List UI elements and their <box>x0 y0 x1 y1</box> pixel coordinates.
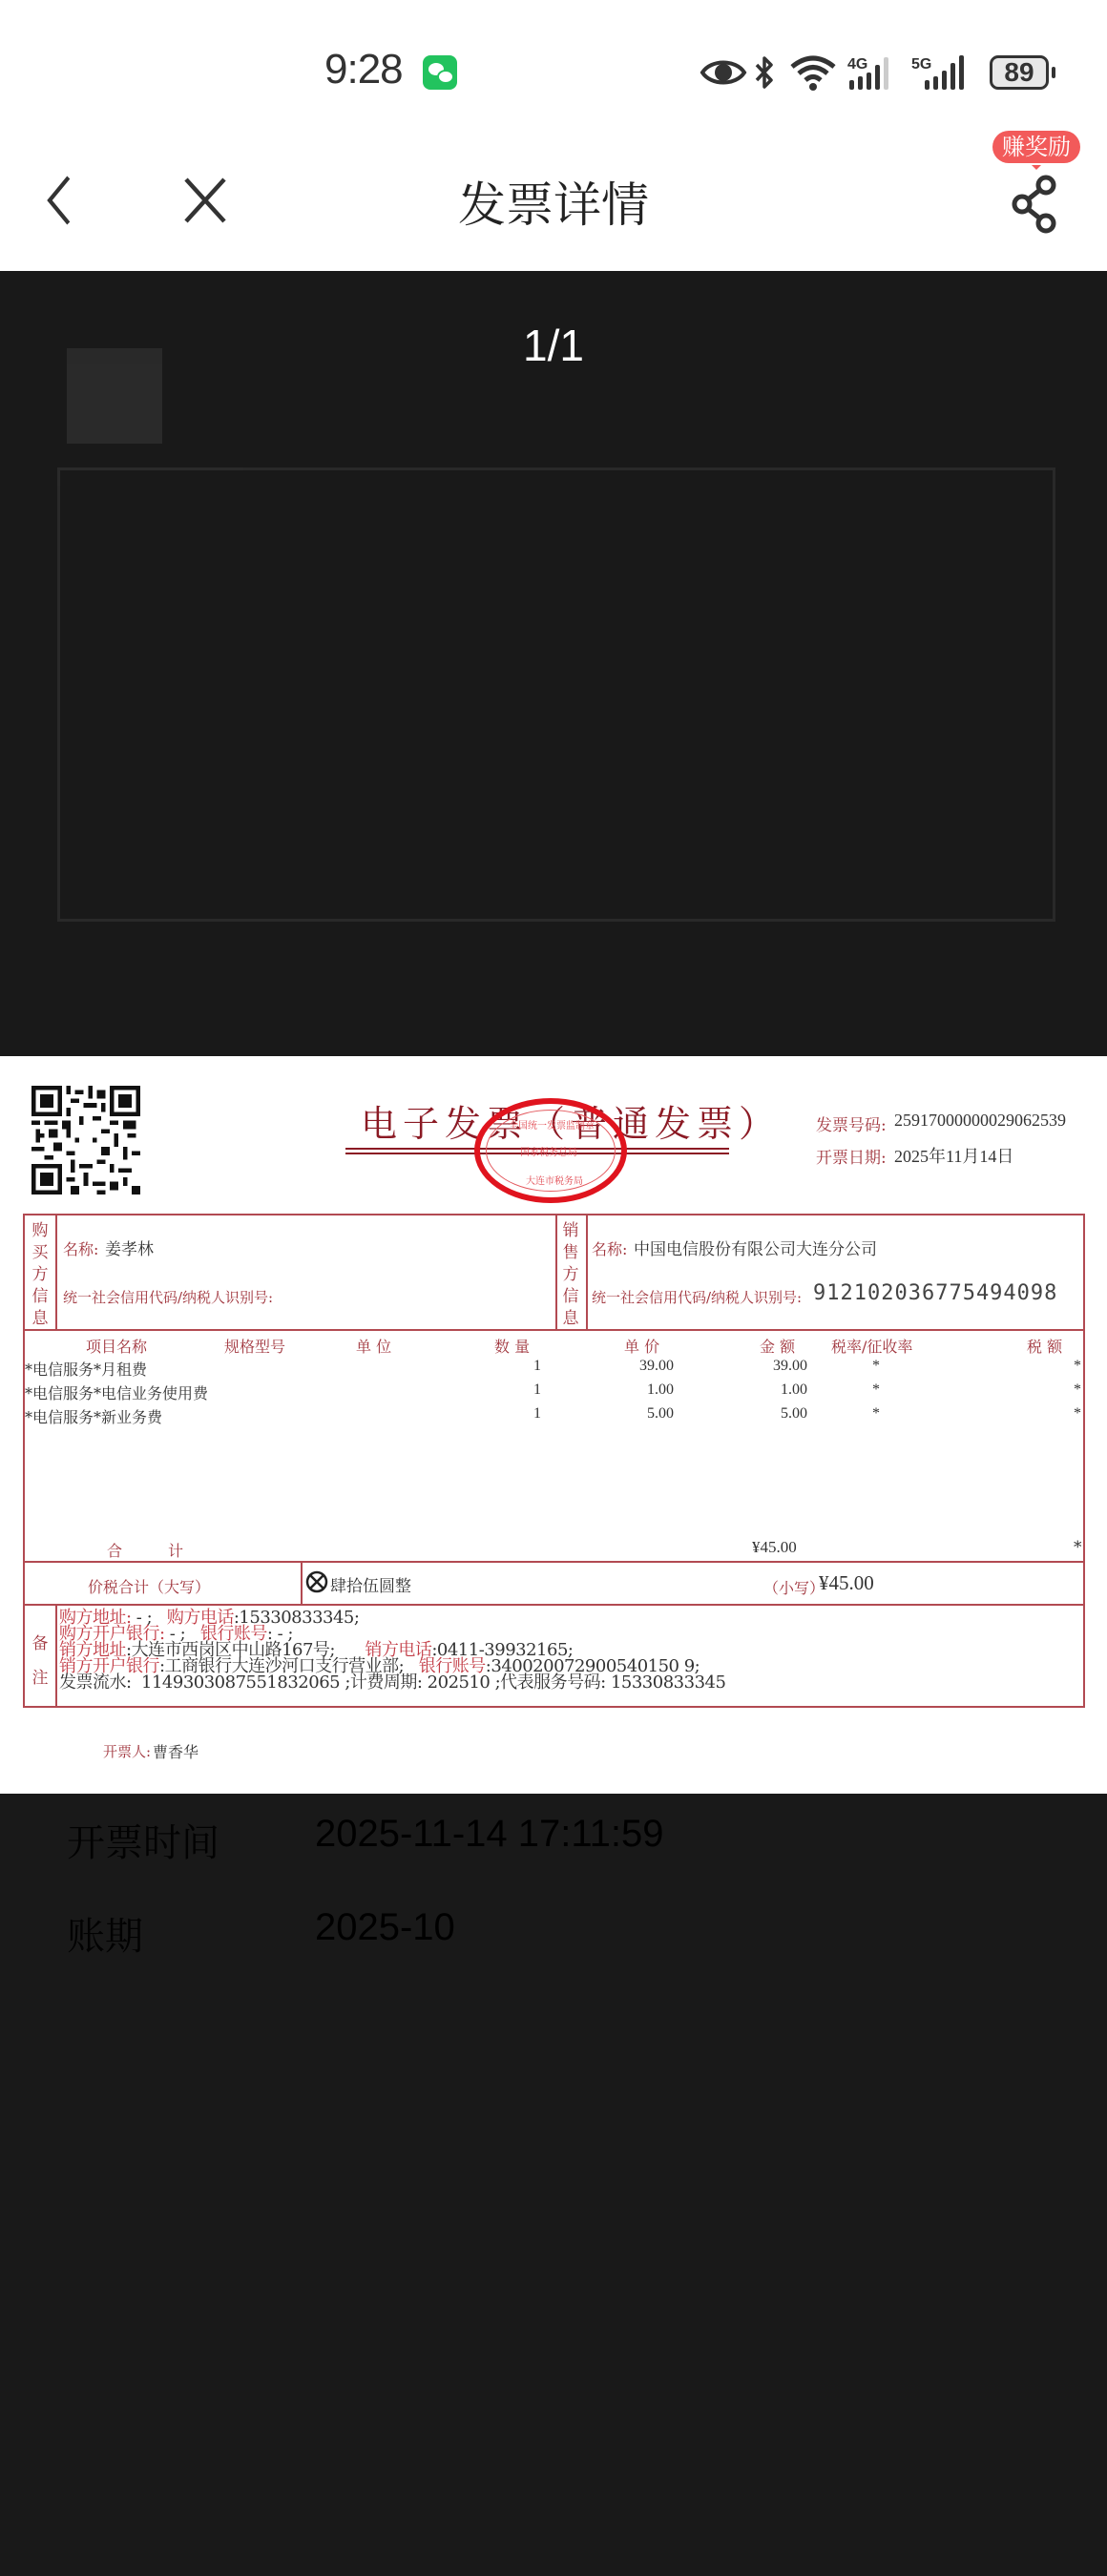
battery-icon: 89 <box>990 55 1049 90</box>
official-seal: 全国统一发票监制章 国家税务总局 大连市税务局 <box>474 1098 627 1203</box>
grand-total-label: 价税合计（大写） <box>88 1575 210 1597</box>
remark-line: 发票流水: 1149303087551832065 ;计费周期: 202510 … <box>59 1674 725 1691</box>
remarks-block: 购方地址: - ; 购方电话:15330833345;购方开户银行: - ; 银… <box>59 1610 725 1691</box>
status-time: 9:28 <box>324 46 403 93</box>
item-tax: * <box>1074 1405 1081 1423</box>
issuer-name: 曹香华 <box>153 1740 198 1762</box>
wifi-icon <box>789 53 837 92</box>
grand-total-words: 肆拾伍圆整 <box>330 1572 411 1596</box>
background-invoice-preview <box>57 315 1050 983</box>
buyer-name-label: 名称: <box>63 1237 98 1259</box>
col-spec: 规格型号 <box>224 1335 285 1357</box>
wechat-icon <box>423 55 457 90</box>
reward-badge[interactable]: 赚奖励 <box>992 131 1080 163</box>
buyer-side-label: 购买方信息 <box>31 1220 50 1330</box>
item-rate: * <box>872 1405 880 1423</box>
item-tax: * <box>1074 1358 1081 1375</box>
detail-label: 账期 <box>67 1906 143 1961</box>
item-qty: 1 <box>533 1381 541 1399</box>
col-tax: 税 额 <box>1027 1335 1062 1357</box>
svg-text:4G: 4G <box>847 56 867 73</box>
share-button[interactable] <box>1002 170 1069 237</box>
top-bar: 9:28 4G 5G 89 发票详情 <box>0 0 1107 271</box>
qr-code <box>31 1086 140 1195</box>
item-qty: 1 <box>533 1405 541 1423</box>
eye-icon <box>700 53 747 92</box>
grand-total-small: ¥45.00 <box>819 1571 874 1595</box>
col-item-name: 项目名称 <box>86 1335 147 1357</box>
item-name: *电信服务*新业务费 <box>25 1405 162 1427</box>
battery-tip <box>1052 67 1055 78</box>
item-qty: 1 <box>533 1358 541 1375</box>
col-qty: 数 量 <box>494 1335 530 1357</box>
detail-value: 2025-11-14 17:11:59 <box>315 1813 664 1856</box>
remark-label: 备注 <box>31 1627 50 1695</box>
5g-signal-icon: 5G <box>911 53 969 92</box>
seller-tax-id-label: 统一社会信用代码/纳税人识别号: <box>592 1287 802 1307</box>
page-title: 发票详情 <box>0 167 1107 236</box>
seller-name: 中国电信股份有限公司大连分公司 <box>634 1236 877 1259</box>
item-price: 5.00 <box>647 1405 674 1423</box>
item-amount: 1.00 <box>781 1381 807 1399</box>
ghost-table <box>57 467 1055 922</box>
detail-value: 2025-10 <box>315 1906 455 1949</box>
page-indicator: 1/1 <box>0 320 1107 371</box>
invoice-date: 2025年11月14日 <box>894 1143 1013 1168</box>
invoice-date-label: 开票日期: <box>816 1144 887 1168</box>
col-amount: 金 额 <box>760 1335 795 1357</box>
invoice-number: 25917000000029062539 <box>894 1111 1066 1131</box>
seal-bottom-text: 大连市税务局 <box>526 1173 583 1187</box>
item-name: *电信服务*月租费 <box>25 1358 147 1380</box>
svg-text:5G: 5G <box>911 56 931 73</box>
col-price: 单 价 <box>624 1335 659 1357</box>
bluetooth-icon <box>752 53 777 92</box>
seal-top-text: 全国统一发票监制章 <box>509 1117 595 1132</box>
total-tax: * <box>1074 1538 1082 1557</box>
seller-tax-id: 912102036775494098 <box>813 1281 1057 1305</box>
buyer-tax-id-label: 统一社会信用代码/纳税人识别号: <box>63 1287 273 1307</box>
col-unit: 单 位 <box>356 1335 391 1357</box>
item-amount: 5.00 <box>781 1405 807 1423</box>
cross-circle-icon <box>305 1569 328 1594</box>
total-amount: ¥45.00 <box>752 1538 797 1557</box>
item-amount: 39.00 <box>773 1358 807 1375</box>
item-name: *电信服务*电信业务使用费 <box>25 1381 208 1403</box>
col-rate: 税率/征收率 <box>831 1335 912 1357</box>
item-price: 39.00 <box>639 1358 674 1375</box>
seal-middle-text: 国家税务总局 <box>520 1144 577 1158</box>
seller-name-label: 名称: <box>592 1237 627 1259</box>
item-tax: * <box>1074 1381 1081 1399</box>
invoice-number-label: 发票号码: <box>816 1111 887 1135</box>
item-rate: * <box>872 1381 880 1399</box>
invoice-document[interactable]: 电子发票（普通发票） 全国统一发票监制章 国家税务总局 大连市税务局 发票号码:… <box>0 1056 1107 1794</box>
4g-signal-icon: 4G <box>847 53 895 92</box>
issuer-label: 开票人: <box>103 1741 151 1761</box>
detail-label: 开票时间 <box>67 1813 219 1867</box>
buyer-name: 姜孝林 <box>105 1236 154 1259</box>
seller-side-label: 销售方信息 <box>561 1220 580 1330</box>
grand-total-small-label: （小写） <box>763 1576 825 1598</box>
item-price: 1.00 <box>647 1381 674 1399</box>
item-rate: * <box>872 1358 880 1375</box>
total-label: 合 计 <box>107 1539 183 1561</box>
